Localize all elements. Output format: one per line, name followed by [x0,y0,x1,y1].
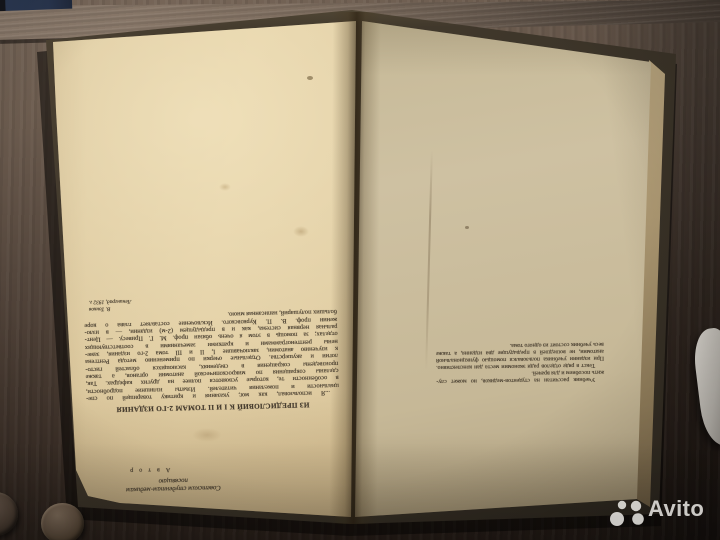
avito-watermark: Avito [608,490,704,528]
photo-scene: ИЗ ПРЕДИСЛОВИЙ К I И II ТОМАМ 2-ГО ИЗДАН… [0,0,720,540]
watermark-label: Avito [648,498,704,520]
page-stain [307,76,313,80]
page-stain [219,183,231,191]
dedication-author: А в т о р [112,464,234,475]
avito-dots-icon [608,491,646,527]
page-stain [293,226,309,237]
page-crease [425,150,433,370]
left-page-text-block: ИЗ ПРЕДИСЛОВИЙ К I И II ТОМАМ 2-ГО ИЗДАН… [84,288,340,414]
coin [41,503,84,540]
book-gutter [329,12,381,524]
dedication-block: Советским студентам-медикам посвящаю А в… [112,449,235,494]
page-stain [465,226,469,229]
right-page-text-block: Учебник рассчитан на студентов-медиков, … [436,330,605,384]
page-stain [192,428,222,442]
